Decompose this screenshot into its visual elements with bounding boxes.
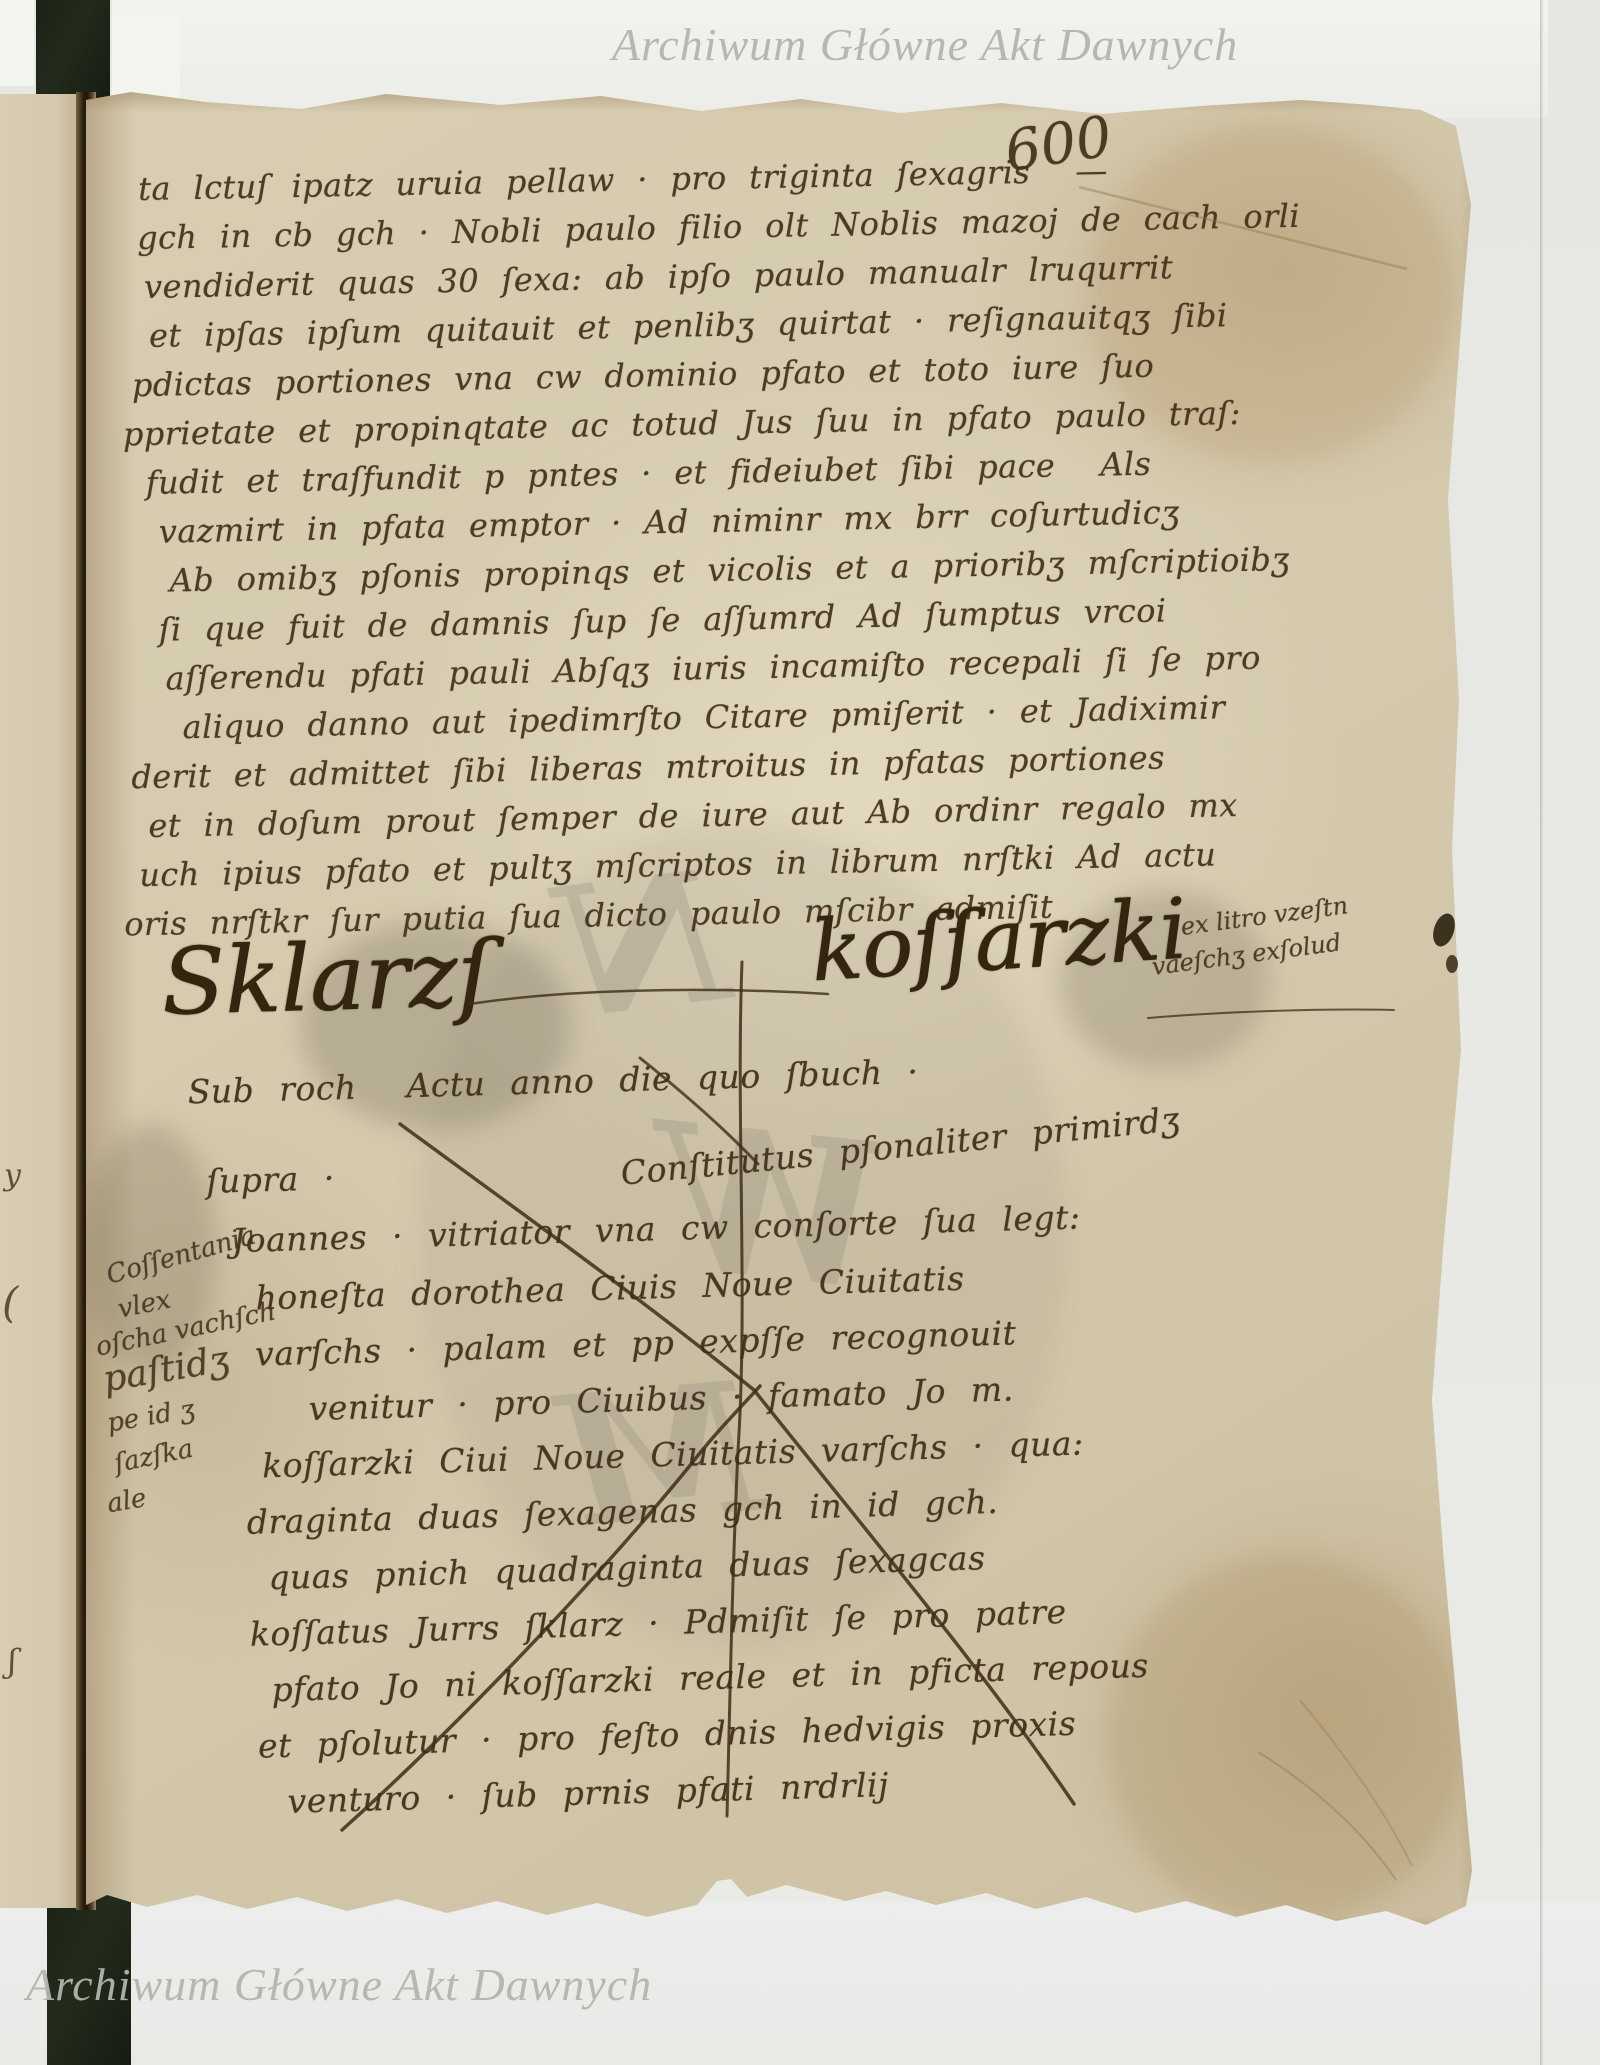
paper-stain (1106, 1554, 1466, 1924)
torn-edge-right (1460, 84, 1494, 1942)
next-sheet-edge (1540, 0, 1543, 2065)
gutter-ink-mark: y (4, 1158, 21, 1193)
gutter-ink-mark: ʃ (8, 1642, 17, 1680)
leaf-edge-strip-top-left (0, 0, 34, 86)
archive-watermark-top: Archiwum Główne Akt Dawnych (612, 18, 1238, 71)
leaf-edge-strip-top-right (112, 14, 180, 102)
margin-note: ale (105, 1483, 149, 1519)
binding-tape-top (36, 0, 110, 98)
gutter-ink-mark: ( (2, 1278, 18, 1327)
previous-page-sliver (0, 94, 80, 1908)
entry-heading-sklarz: Sklarzſ (160, 920, 492, 1036)
manuscript-scan: y ( ʃ N W M Archiwum Główne Akt Dawnych … (0, 0, 1600, 2065)
text-line: ſupra · (206, 1158, 336, 1201)
archive-watermark-bottom: Archiwum Główne Akt Dawnych (26, 1958, 652, 2011)
gutter-shadow (86, 84, 136, 1942)
